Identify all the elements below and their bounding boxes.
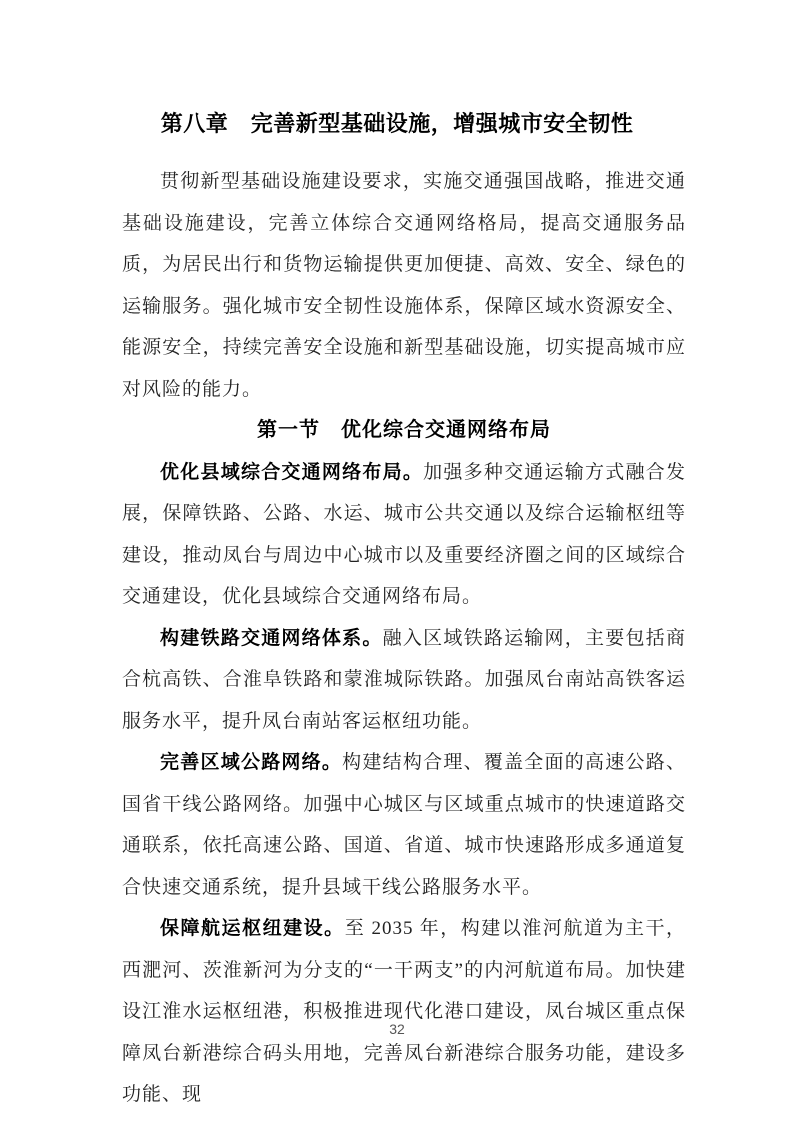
body-paragraph: 优化县域综合交通网络布局。加强多种交通运输方式融合发展，保障铁路、公路、水运、城… [122, 452, 686, 618]
paragraph-text: 至 2035 年，构建以淮河航道为主干，西淝河、茨淮新河为分支的“一干两支”的内… [122, 918, 686, 1105]
paragraph-text: 贯彻新型基础设施建设要求，实施交通强国战略，推进交通基础设施建设，完善立体综合交… [122, 171, 686, 400]
chapter-title: 第八章 完善新型基础设施，增强城市安全韧性 [0, 0, 794, 161]
document-page: 第八章 完善新型基础设施，增强城市安全韧性 贯彻新型基础设施建设要求，实施交通强… [0, 0, 794, 1122]
paragraph-text: 加强多种交通运输方式融合发展，保障铁路、公路、水运、城市公共交通以及综合运输枢纽… [122, 462, 686, 608]
body-paragraph: 贯彻新型基础设施建设要求，实施交通强国战略，推进交通基础设施建设，完善立体综合交… [122, 161, 686, 410]
paragraph-lead-bold: 保障航运枢纽建设。 [160, 918, 345, 939]
page-number: 32 [0, 1021, 794, 1037]
body-paragraph: 构建铁路交通网络体系。融入区域铁路运输网，主要包括商合杭高铁、合淮阜铁路和蒙淮城… [122, 618, 686, 743]
body-paragraph: 完善区域公路网络。构建结构合理、覆盖全面的高速公路、国省干线公路网络。加强中心城… [122, 742, 686, 908]
section-title: 第一节 优化综合交通网络布局 [122, 410, 686, 452]
paragraph-lead-bold: 优化县域综合交通网络布局。 [160, 462, 423, 483]
paragraph-lead-bold: 完善区域公路网络。 [160, 752, 342, 773]
document-body: 贯彻新型基础设施建设要求，实施交通强国战略，推进交通基础设施建设，完善立体综合交… [0, 161, 794, 1116]
paragraph-lead-bold: 构建铁路交通网络体系。 [160, 628, 383, 649]
paragraph-text: 构建结构合理、覆盖全面的高速公路、国省干线公路网络。加强中心城区与区域重点城市的… [122, 752, 686, 898]
body-paragraph: 保障航运枢纽建设。至 2035 年，构建以淮河航道为主干，西淝河、茨淮新河为分支… [122, 908, 686, 1116]
